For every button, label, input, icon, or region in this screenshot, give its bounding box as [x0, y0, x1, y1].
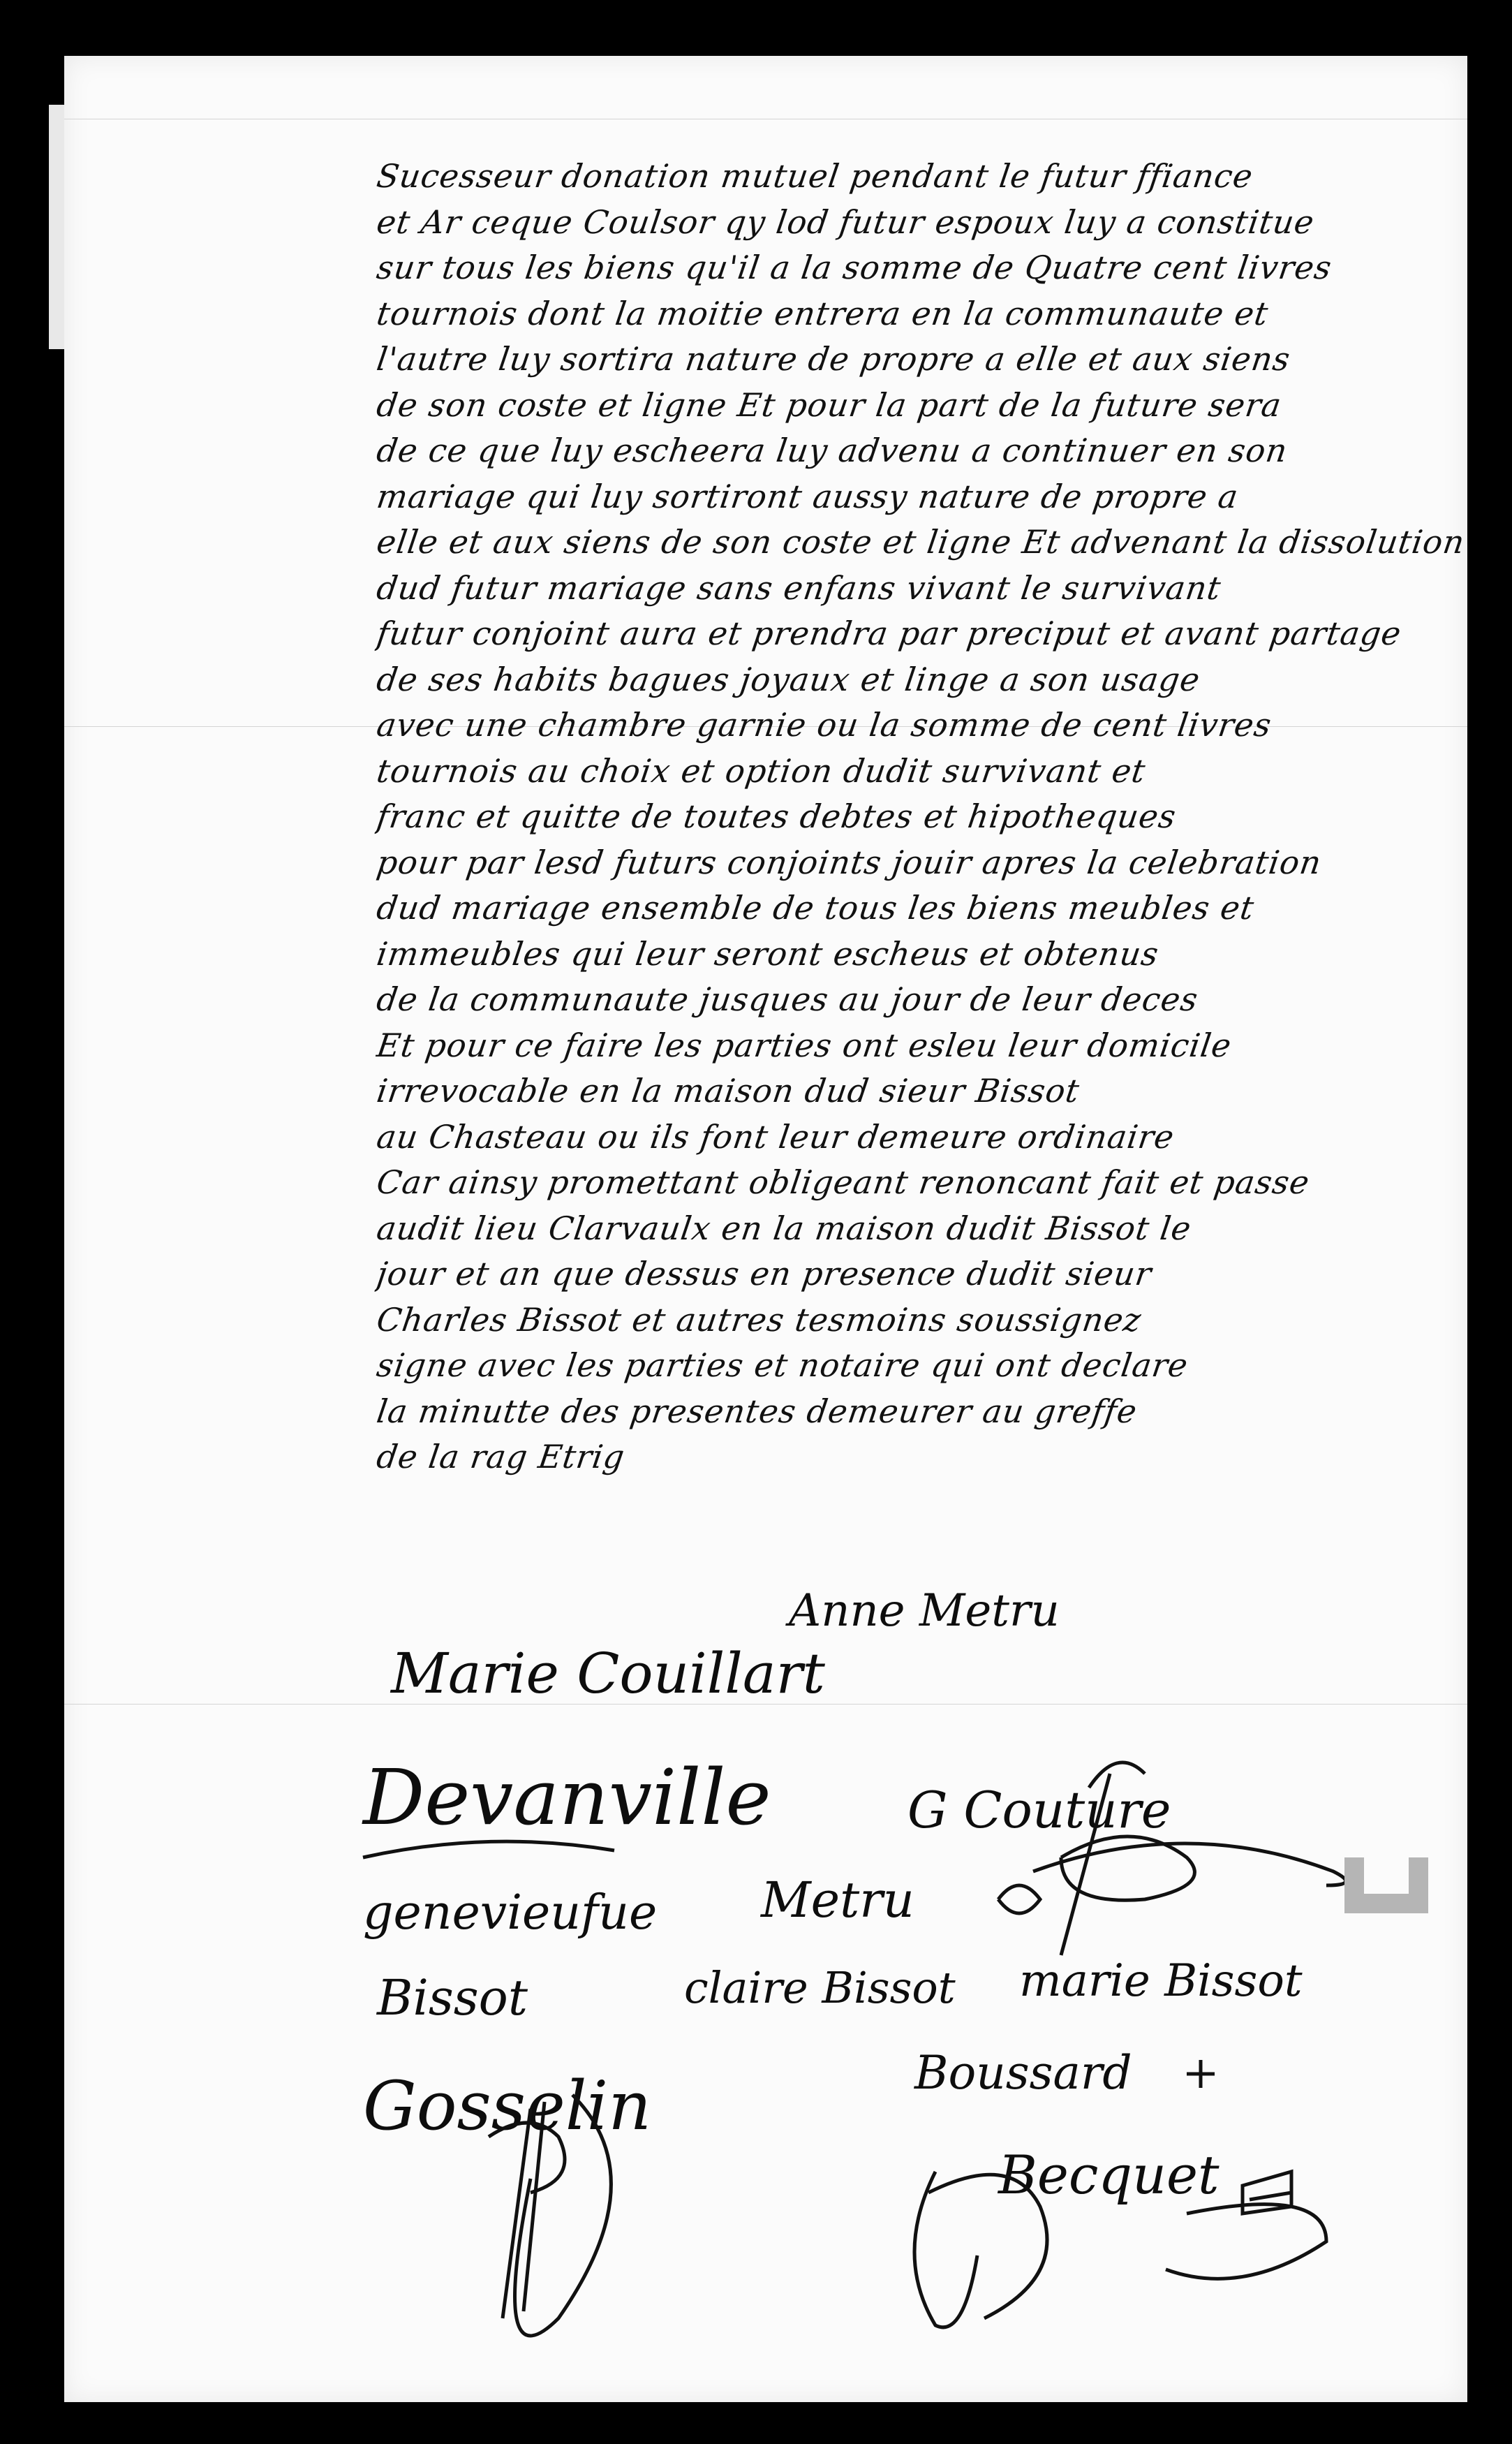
- archive-corner-mark: [1344, 1857, 1428, 1913]
- signature-flourishes: [0, 0, 1512, 2444]
